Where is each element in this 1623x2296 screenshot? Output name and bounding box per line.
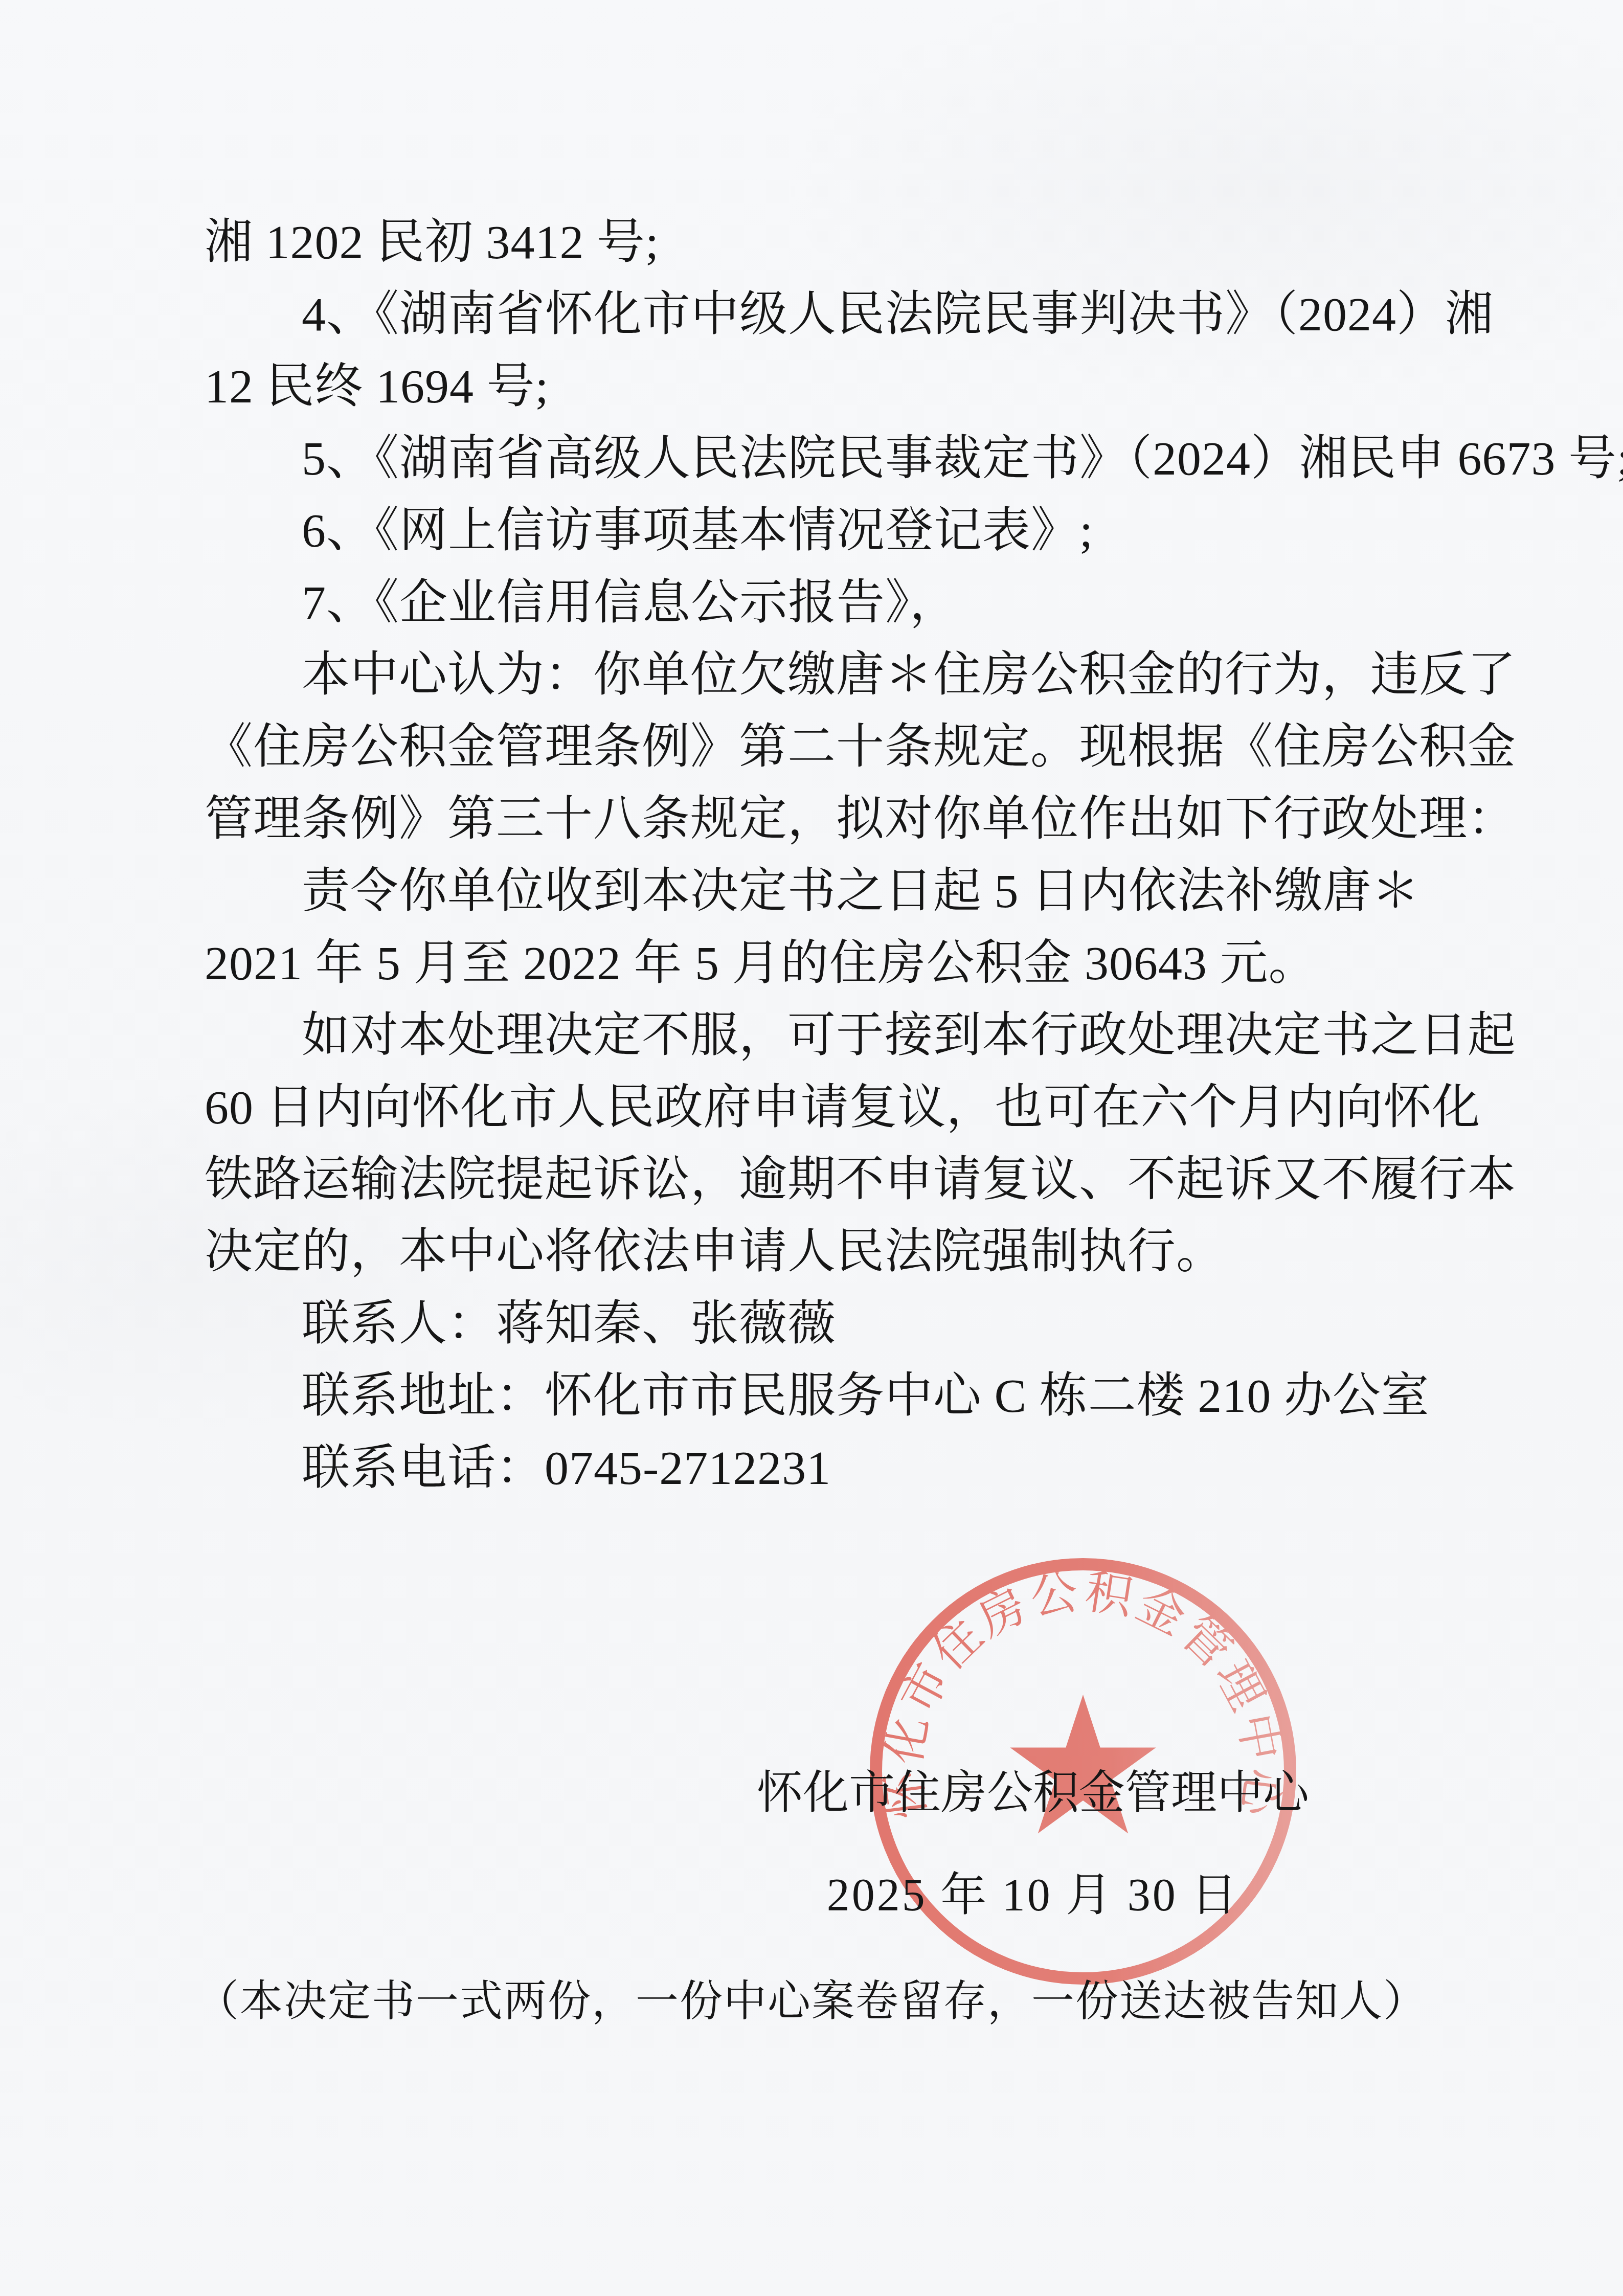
doc-line: 如对本处理决定不服，可于接到本行政处理决定书之日起 <box>205 1000 1544 1072</box>
contact-address-line: 联系地址：怀化市市民服务中心 C 栋二楼 210 办公室 <box>205 1360 1544 1432</box>
doc-line: 本中心认为：你单位欠缴唐＊住房公积金的行为，违反了 <box>205 639 1544 711</box>
doc-line: 管理条例》第三十八条规定，拟对你单位作出如下行政处理： <box>205 783 1544 856</box>
doc-line: 12 民终 1694 号; <box>205 351 1544 423</box>
document-body: 湘 1202 民初 3412 号; 4、《湖南省怀化市中级人民法院民事判决书》（… <box>205 207 1544 1504</box>
doc-line: 铁路运输法院提起诉讼，逾期不申请复议、不起诉又不履行本 <box>205 1144 1544 1216</box>
contact-phone-line: 联系电话：0745-2712231 <box>205 1432 1544 1504</box>
doc-line: 《住房公积金管理条例》第二十条规定。现根据《住房公积金 <box>205 711 1544 783</box>
doc-line: 7、《企业信用信息公示报告》， <box>205 567 1544 639</box>
distribution-footnote: （本决定书一式两份，一份中心案卷留存，一份送达被告知人） <box>0 1967 1623 2029</box>
doc-line: 5、《湖南省高级人民法院民事裁定书》（2024）湘民申 6673 号; <box>205 423 1544 495</box>
doc-line: 2021 年 5 月至 2022 年 5 月的住房公积金 30643 元。 <box>205 928 1544 1000</box>
signature-date: 2025 年 10 月 30 日 <box>726 1857 1340 1924</box>
doc-line: 4、《湖南省怀化市中级人民法院民事判决书》（2024）湘 <box>205 279 1544 351</box>
doc-line: 湘 1202 民初 3412 号; <box>205 207 1544 279</box>
contact-person-line: 联系人：蒋知秦、张薇薇 <box>205 1288 1544 1360</box>
scanned-document-page: 湘 1202 民初 3412 号; 4、《湖南省怀化市中级人民法院民事判决书》（… <box>0 0 1623 2296</box>
doc-line: 决定的，本中心将依法申请人民法院强制执行。 <box>205 1216 1544 1288</box>
doc-line: 60 日内向怀化市人民政府申请复议，也可在六个月内向怀化 <box>205 1072 1544 1144</box>
doc-line: 6、《网上信访事项基本情况登记表》; <box>205 495 1544 567</box>
doc-line: 责令你单位收到本决定书之日起 5 日内依法补缴唐＊ <box>205 856 1544 928</box>
signature-organization: 怀化市住房公积金管理中心 <box>726 1755 1340 1821</box>
